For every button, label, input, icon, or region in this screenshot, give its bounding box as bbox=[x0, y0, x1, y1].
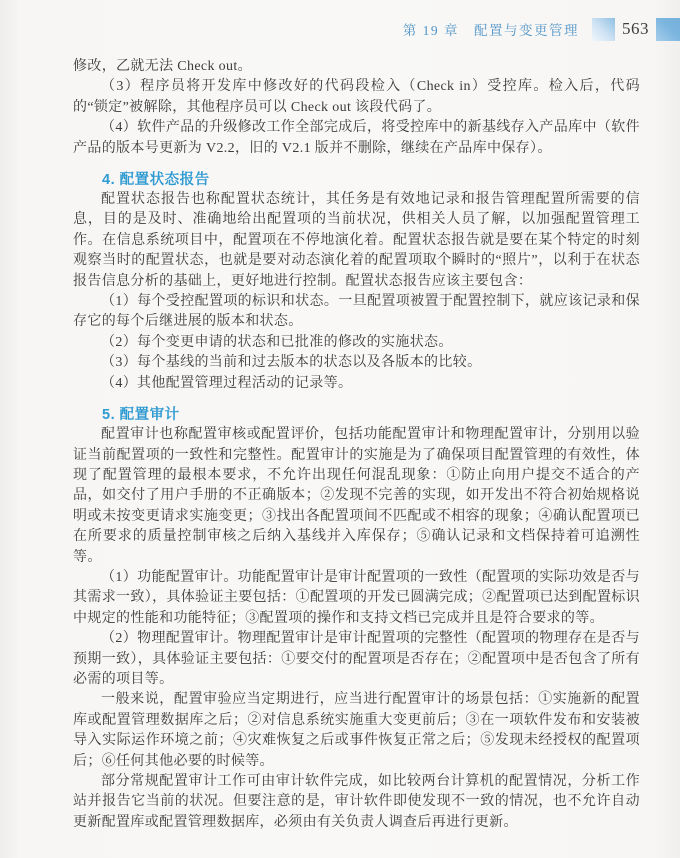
page-body: 修改，乙就无法 Check out。 （3）程序员将开发库中修改好的代码段检入（… bbox=[73, 57, 640, 858]
body-paragraph: 修改，乙就无法 Check out。 bbox=[73, 57, 640, 77]
body-paragraph: （4）其他配置管理过程活动的记录等。 bbox=[73, 374, 640, 394]
page-number: 563 bbox=[622, 19, 649, 39]
body-paragraph: 部分常规配置审计工作可由审计软件完成，如比较两台计算机的配置情况，分析工作站并报… bbox=[73, 772, 640, 833]
chapter-title: 第 19 章 配置与变更管理 bbox=[403, 19, 579, 39]
page-number-badge-left bbox=[592, 18, 615, 41]
page-number-badge-right bbox=[656, 18, 680, 41]
body-paragraph: 配置审计也称配置审核或配置评价，包括功能配置审计和物理配置审计，分别用以验证当前… bbox=[73, 425, 640, 568]
body-paragraph: （1）每个受控配置项的标识和状态。一旦配置项被置于配置控制下，就应该记录和保存它… bbox=[73, 292, 640, 333]
body-paragraph: 一般来说，配置审验应当定期进行，应当进行配置审计的场景包括：①实施新的配置库或配… bbox=[73, 690, 640, 772]
section-heading-config-audit: 5. 配置审计 bbox=[73, 405, 640, 425]
book-page: { "header": { "chapter_title": "第 19 章 配… bbox=[0, 0, 680, 858]
section-heading-config-status-report: 4. 配置状态报告 bbox=[73, 170, 640, 190]
body-paragraph: （1）功能配置审计。功能配置审计是审计配置项的一致性（配置项的实际功效是否与其需… bbox=[73, 568, 640, 629]
page-header: 第 19 章 配置与变更管理 563 bbox=[0, 17, 680, 41]
body-paragraph: （3）程序员将开发库中修改好的代码段检入（Check in）受控库。检入后，代码… bbox=[73, 77, 640, 118]
body-paragraph: （2）物理配置审计。物理配置审计是审计配置项的完整性（配置项的物理存在是否与预期… bbox=[73, 629, 640, 690]
body-paragraph: （3）每个基线的当前和过去版本的状态以及各版本的比较。 bbox=[73, 353, 640, 373]
body-paragraph: （2）每个变更申请的状态和已批准的修改的实施状态。 bbox=[73, 333, 640, 353]
body-paragraph: 配置状态报告也称配置状态统计，其任务是有效地记录和报告管理配置所需要的信息，目的… bbox=[73, 190, 640, 292]
body-paragraph: （4）软件产品的升级修改工作全部完成后，将受控库中的新基线存入产品库中（软件产品… bbox=[73, 118, 640, 159]
